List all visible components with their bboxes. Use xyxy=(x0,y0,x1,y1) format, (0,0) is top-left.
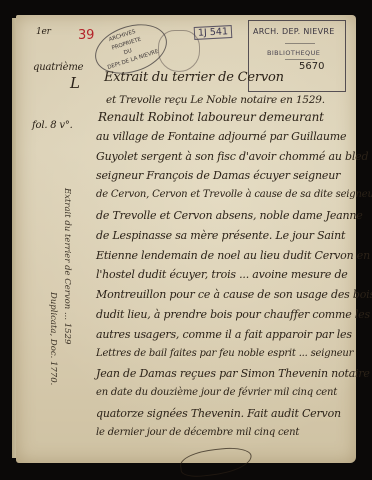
body-line: de Trevolle et Cervon absens, noble dame… xyxy=(96,209,363,222)
livre-symbol: L xyxy=(70,74,80,92)
body-line: Montreuillon pour ce à cause de son usag… xyxy=(96,288,372,301)
body-line: seigneur François de Damas écuyer seigne… xyxy=(96,169,340,182)
margin-note-vertical-2: Duplicata, Doc. 1770. xyxy=(48,292,58,385)
body-line: au village de Fontaine adjourné par Guil… xyxy=(96,130,346,143)
red-number: 39 xyxy=(78,28,94,43)
body-line: de Lespinasse sa mère présente. Le jour … xyxy=(96,229,345,242)
body-line: le dernier jour de décembre mil cinq cen… xyxy=(96,427,299,438)
body-line: Renault Robinot laboureur demeurant xyxy=(98,110,324,124)
folio-mark: 1er xyxy=(36,27,51,37)
margin-note-vertical-1: Extrait du terrier de Cervon ... 1529 xyxy=(62,188,72,344)
stamp-number: 5670 xyxy=(299,61,324,72)
body-line: de Cervon, Cervon et Trevolle à cause de… xyxy=(96,189,372,200)
body-line: dudit lieu, à prendre bois pour chauffer… xyxy=(96,308,370,321)
margin-folio-ref: fol. 8 v°. xyxy=(32,120,73,131)
body-line: l'hostel dudit écuyer, trois ... avoine … xyxy=(96,268,348,281)
ordinal-label: quatrième xyxy=(33,62,83,73)
body-line: quatorze signées Thevenin. Fait audit Ce… xyxy=(96,407,341,420)
document-title: Extrait du terrier de Cervon xyxy=(104,70,284,85)
shelfmark-stamp: 1J 541 xyxy=(194,25,233,40)
document-subtitle: et Trevolle reçu Le Noble notaire en 152… xyxy=(106,94,325,106)
body-line: Etienne lendemain de noel au lieu dudit … xyxy=(96,249,370,262)
body-line: Lettres de bail faites par feu noble esp… xyxy=(96,348,353,359)
body-line: Guyolet sergent à son fisc d'avoir chomm… xyxy=(96,150,368,163)
body-line: Jean de Damas reçues par Simon Thevenin … xyxy=(96,367,370,380)
body-line: en date du douzième jour de février mil … xyxy=(96,387,337,398)
body-line: autres usagers, comme il a fait apparoir… xyxy=(96,328,352,341)
